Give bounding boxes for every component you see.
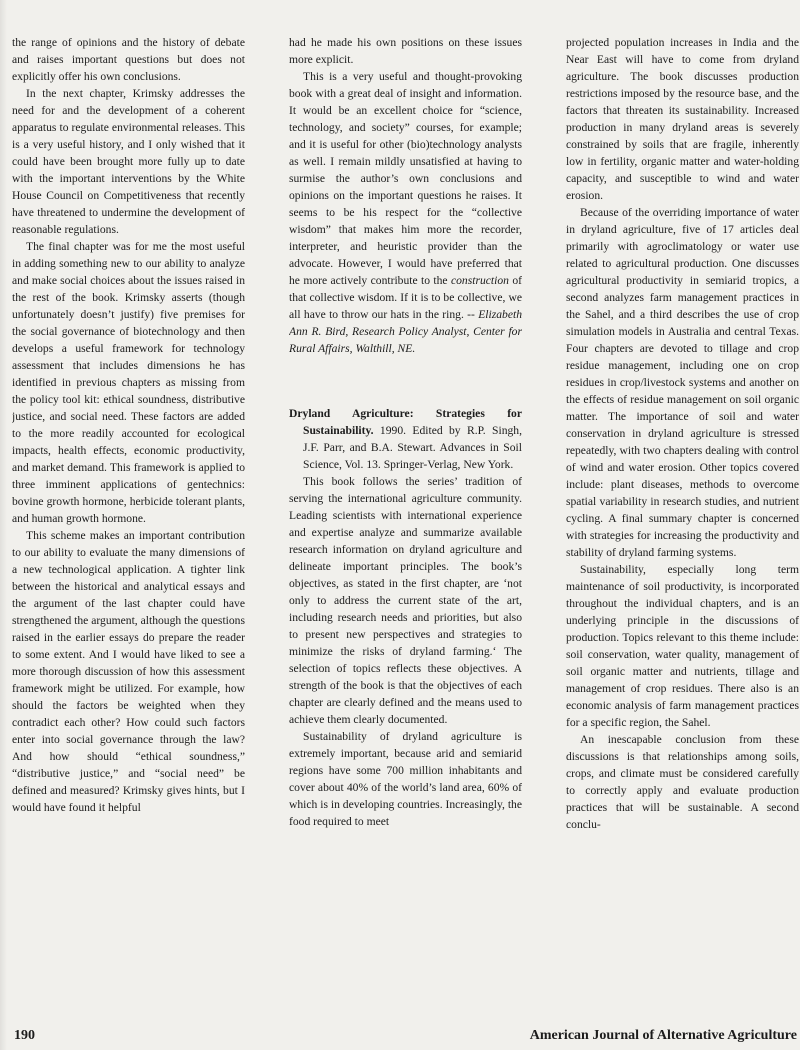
paragraph: projected population increases in India …: [566, 34, 799, 204]
text-run: This book follows the series’ tradition …: [289, 475, 522, 726]
text-run: construction: [451, 274, 509, 287]
page-number: 190: [14, 1028, 35, 1044]
page-footer: 190 American Journal of Alternative Agri…: [0, 1028, 800, 1044]
journal-title: American Journal of Alternative Agricult…: [530, 1028, 797, 1044]
text-columns: the range of opinions and the history of…: [12, 34, 799, 1009]
paragraph: In the next chapter, Krimsky addresses t…: [12, 85, 245, 238]
text-run: This scheme makes an important contribut…: [12, 529, 245, 814]
text-run: the range of opinions and the history of…: [12, 36, 245, 83]
paragraph: Because of the overriding importance of …: [566, 204, 799, 561]
column-2: had he made his own positions on these i…: [289, 34, 522, 1009]
paragraph: Sustainability of dryland agriculture is…: [289, 728, 522, 830]
text-run: projected population increases in India …: [566, 36, 799, 202]
paragraph: Dryland Agriculture: Strategies for Sust…: [289, 405, 522, 473]
text-run: Sustainability, especially long term mai…: [566, 563, 799, 729]
paragraph: Sustainability, especially long term mai…: [566, 561, 799, 731]
text-run: The final chapter was for me the most us…: [12, 240, 245, 525]
text-run: An inescapable conclusion from these dis…: [566, 733, 799, 831]
paragraph: This is a very useful and thought-provok…: [289, 68, 522, 357]
text-run: had he made his own positions on these i…: [289, 36, 522, 66]
paragraph: had he made his own positions on these i…: [289, 34, 522, 68]
text-run: This is a very useful and thought-provok…: [289, 70, 522, 287]
paragraph: An inescapable conclusion from these dis…: [566, 731, 799, 833]
paragraph: This scheme makes an important contribut…: [12, 527, 245, 816]
column-1: the range of opinions and the history of…: [12, 34, 245, 1009]
paragraph: The final chapter was for me the most us…: [12, 238, 245, 527]
column-3: projected population increases in India …: [566, 34, 799, 1009]
text-run: Sustainability of dryland agriculture is…: [289, 730, 522, 828]
paragraph: the range of opinions and the history of…: [12, 34, 245, 85]
paragraph: This book follows the series’ tradition …: [289, 473, 522, 728]
text-run: Because of the overriding importance of …: [566, 206, 799, 559]
journal-page: the range of opinions and the history of…: [0, 0, 800, 1050]
text-run: In the next chapter, Krimsky addresses t…: [12, 87, 245, 236]
